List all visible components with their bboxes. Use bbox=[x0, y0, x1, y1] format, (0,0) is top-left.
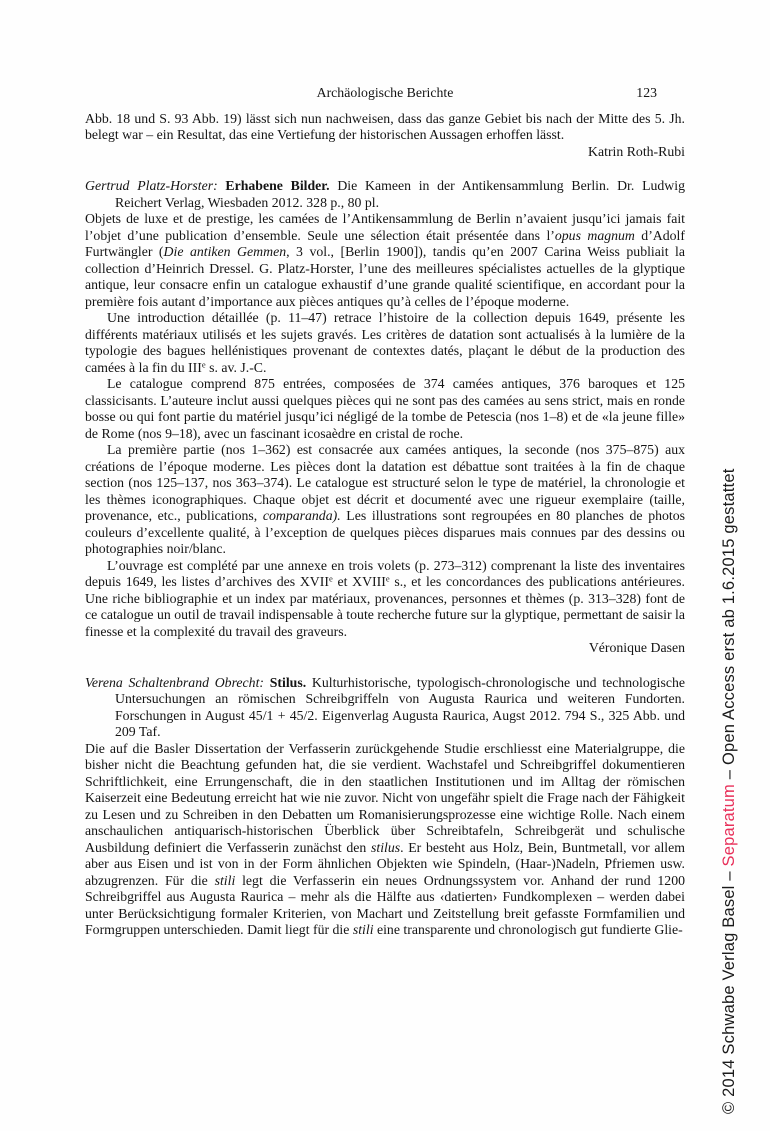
review-schaltenbrand-obrecht: Verena Schaltenbrand Obrecht: Stilus. Ku… bbox=[85, 675, 685, 939]
review-paragraph: Le catalogue comprend 875 entrées, compo… bbox=[85, 376, 685, 442]
page-number: 123 bbox=[636, 85, 657, 102]
previous-review-closing-paragraph: Abb. 18 und S. 93 Abb. 19) lässt sich nu… bbox=[85, 111, 685, 144]
review-paragraph: Objets de luxe et de prestige, les camée… bbox=[85, 211, 685, 310]
reviewer-signature: Véronique Dasen bbox=[85, 640, 685, 657]
review-citation: Gertrud Platz-Horster: Erhabene Bilder. … bbox=[85, 178, 685, 211]
journal-page: Archäologische Berichte 123 Abb. 18 und … bbox=[0, 0, 770, 1131]
review-platz-horster: Gertrud Platz-Horster: Erhabene Bilder. … bbox=[85, 178, 685, 657]
text-column: Archäologische Berichte 123 Abb. 18 und … bbox=[85, 85, 685, 939]
review-paragraph: La première partie (nos 1–362) est consa… bbox=[85, 442, 685, 558]
sidebar-copyright-notice: © 2014 Schwabe Verlag Basel – Separatum … bbox=[719, 469, 739, 1114]
page-header: Archäologische Berichte 123 bbox=[85, 85, 685, 102]
reviewer-signature: Katrin Roth-Rubi bbox=[85, 144, 685, 161]
review-paragraph: L’ouvrage est complété par une annexe en… bbox=[85, 558, 685, 641]
review-paragraph: Die auf die Basler Dissertation der Verf… bbox=[85, 741, 685, 939]
review-paragraph: Une introduction détaillée (p. 11–47) re… bbox=[85, 310, 685, 376]
journal-title: Archäologische Berichte bbox=[317, 85, 454, 100]
review-citation: Verena Schaltenbrand Obrecht: Stilus. Ku… bbox=[85, 675, 685, 741]
